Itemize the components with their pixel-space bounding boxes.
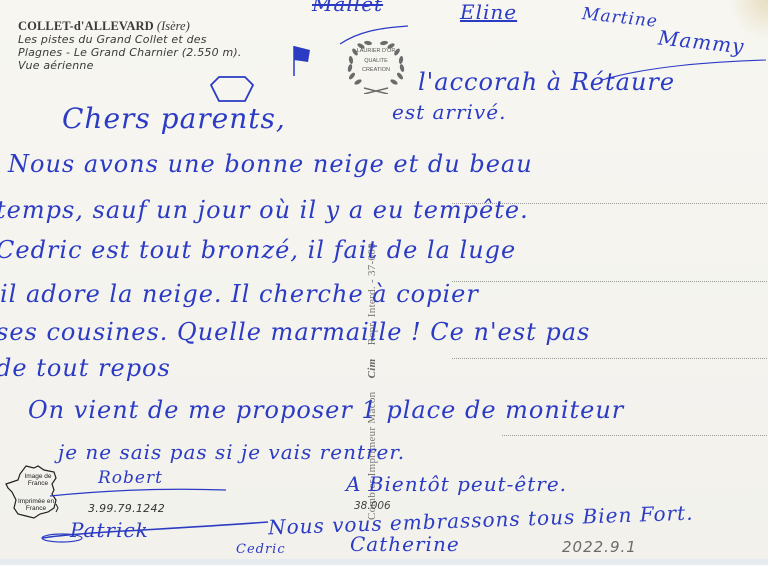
crossed-out-name: Mallet xyxy=(312,0,383,16)
laurel-line-3: CREATION xyxy=(342,67,410,74)
body-line-2: temps, sauf un jour où il y a eu tempête… xyxy=(0,196,529,224)
body-line-5: ses cousines. Quelle marmaille ! Ce n'es… xyxy=(0,318,590,346)
arrival-note-line-2: est arrivé. xyxy=(392,100,506,124)
signature-catherine: Catherine xyxy=(350,532,460,556)
date-stamp: 2022.9.1 xyxy=(562,538,637,556)
closing-line-2: Nous vous embrassons tous Bien Fort. xyxy=(268,501,694,540)
address-line-4 xyxy=(502,435,767,436)
address-line-3 xyxy=(452,358,767,359)
france-badge-top: Image de France xyxy=(18,473,58,487)
body-line-4: il adore la neige. Il cherche à copier xyxy=(0,280,479,308)
france-badge-bottom: Imprimée en France xyxy=(14,498,58,512)
flag-doodle-icon xyxy=(290,44,314,78)
body-line-3: Cedric est tout bronzé, il fait de la lu… xyxy=(0,236,516,264)
mammy-swash xyxy=(600,58,768,82)
caption-line-1: Les pistes du Grand Collet et des xyxy=(18,33,242,46)
job-news-line-2: je ne sais pas si je vais rentrer. xyxy=(58,440,405,464)
caption-line-2: Plagnes - Le Grand Charnier (2.550 m). xyxy=(18,46,242,59)
laurel-badge: LAURIER D'OR · · QUALITE · · CREATION xyxy=(342,38,410,94)
caption-line-3: Vue aérienne xyxy=(18,59,242,72)
postcard-back: COLLET-d'ALLEVARD (Isère) Les pistes du … xyxy=(0,0,768,560)
eline-swash xyxy=(338,22,418,46)
signature-robert: Robert xyxy=(98,468,163,488)
postcard-caption: COLLET-d'ALLEVARD (Isère) Les pistes du … xyxy=(18,20,242,72)
reference-number: 38.006 xyxy=(354,500,391,512)
phone-number: 3.99.79.1242 xyxy=(88,502,165,515)
body-line-6: de tout repos xyxy=(0,354,171,382)
laurel-text: LAURIER D'OR · · QUALITE · · CREATION xyxy=(342,48,410,74)
patrick-flourish xyxy=(48,486,228,500)
hexagon-doodle-icon xyxy=(205,75,257,107)
printer-logo-icon: Cim xyxy=(366,357,378,379)
underline-stroke xyxy=(40,520,270,550)
address-line-2 xyxy=(452,281,767,282)
body-line-1: Nous avons une bonne neige et du beau xyxy=(8,150,533,178)
closing-line-1: A Bientôt peut-être. xyxy=(346,472,567,496)
job-news-line-1: On vient de me proposer 1 place de monit… xyxy=(28,396,624,424)
header-name-martine: Martine xyxy=(581,4,659,32)
caption-region: (Isère) xyxy=(157,19,190,33)
caption-place: COLLET-d'ALLEVARD xyxy=(18,19,154,33)
scan-edge xyxy=(0,559,768,565)
header-name-mammy: Mammy xyxy=(657,26,746,59)
header-name-eline: Eline xyxy=(460,0,517,24)
